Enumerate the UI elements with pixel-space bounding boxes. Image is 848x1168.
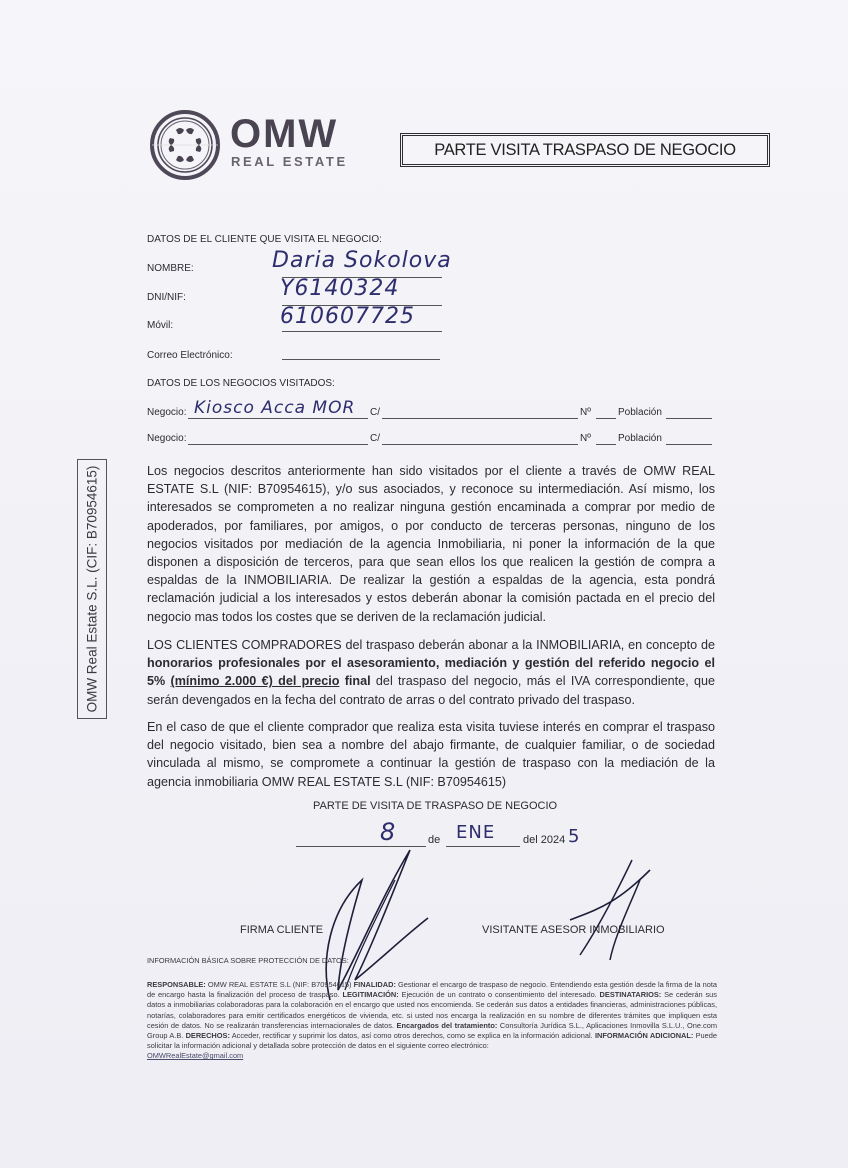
company-logo: OMW REAL ESTATE — [150, 110, 360, 180]
year-suffix-field[interactable]: 5 — [568, 826, 580, 847]
business-1-town-field[interactable] — [666, 418, 712, 419]
business-2-street-field[interactable] — [382, 444, 578, 445]
business-1-name-field[interactable]: Kiosco Acca MOR — [194, 398, 355, 418]
year-label: del 2024 — [523, 834, 565, 846]
logo-subtitle: REAL ESTATE — [231, 154, 348, 169]
business-2-number-label: Nº — [580, 433, 591, 444]
derechos-text: Acceder, rectificar y suprimir los datos… — [230, 1031, 595, 1040]
encargados-label: Encargados del tratamiento: — [397, 1021, 498, 1030]
business-2-label: Negocio: — [147, 433, 186, 444]
destinatarios-label: DESTINATARIOS: — [600, 990, 662, 999]
document-page: OMW REAL ESTATE PARTE VISITA TRASPASO DE… — [0, 0, 848, 1168]
business-1-label: Negocio: — [147, 407, 186, 418]
logo-wordmark: OMW — [230, 112, 338, 156]
business-1-name-underline — [188, 418, 368, 419]
clause-continuation: En el caso de que el cliente comprador q… — [147, 718, 715, 791]
clause-fees: LOS CLIENTES COMPRADORES del traspaso de… — [147, 636, 715, 709]
business-1-number-label: Nº — [580, 407, 591, 418]
client-section-title: DATOS DE EL CLIENTE QUE VISITA EL NEGOCI… — [147, 234, 382, 245]
business-2-number-field[interactable] — [596, 444, 616, 445]
email-underline — [282, 359, 440, 360]
side-company-text: OMW Real Estate S.L. (CIF: B70954615) — [85, 466, 100, 713]
email-label: Correo Electrónico: — [147, 350, 233, 361]
form-title: PARTE VISITA TRASPASO DE NEGOCIO — [400, 133, 770, 167]
dni-label: DNI/NIF: — [147, 292, 186, 303]
month-field[interactable]: ENE — [456, 822, 495, 843]
business-1-town-label: Población — [618, 407, 662, 418]
legitimacion-text: Ejecución de un contrato o consentimient… — [399, 990, 600, 999]
logo-emblem-icon — [150, 110, 220, 180]
business-1-street-label: C/ — [370, 407, 380, 418]
agent-signature-icon[interactable] — [560, 855, 660, 965]
contact-email-link[interactable]: OMWRealEstate@gmail.com — [147, 1051, 243, 1060]
business-1-street-field[interactable] — [382, 418, 578, 419]
month-underline — [446, 846, 520, 847]
date-block-title: PARTE DE VISITA DE TRASPASO DE NEGOCIO — [313, 800, 557, 812]
mobile-label: Móvil: — [147, 320, 173, 331]
business-1-number-field[interactable] — [596, 418, 616, 419]
clause-fees-intro: LOS CLIENTES COMPRADORES del traspaso de… — [147, 638, 715, 652]
mobile-underline — [282, 331, 442, 332]
side-company-stamp: OMW Real Estate S.L. (CIF: B70954615) — [77, 459, 107, 719]
legitimacion-label: LEGITIMACIÓN: — [342, 990, 398, 999]
mobile-field[interactable]: 610607725 — [280, 304, 415, 329]
dni-field[interactable]: Y6140324 — [280, 276, 399, 301]
business-2-town-field[interactable] — [666, 444, 712, 445]
name-label: NOMBRE: — [147, 263, 194, 274]
business-2-town-label: Población — [618, 433, 662, 444]
clause-intermediation: Los negocios descritos anteriormente han… — [147, 462, 715, 626]
name-field[interactable]: Daria Sokolova — [272, 248, 452, 273]
responsable-text: OMW REAL ESTATE S.L (NIF: B70954615) — [206, 980, 354, 989]
data-protection-heading: INFORMACIÓN BÁSICA SOBRE PROTECCIÓN DE D… — [147, 956, 349, 965]
responsable-label: RESPONSABLE: — [147, 980, 206, 989]
business-2-street-label: C/ — [370, 433, 380, 444]
finalidad-label: FINALIDAD: — [354, 980, 396, 989]
derechos-label: DERECHOS: — [186, 1031, 230, 1040]
data-protection-text: RESPONSABLE: OMW REAL ESTATE S.L (NIF: B… — [147, 980, 717, 1062]
business-2-name-field[interactable] — [188, 444, 368, 445]
adicional-label: INFORMACIÓN ADICIONAL: — [595, 1031, 693, 1040]
clause-fees-final: final — [339, 674, 370, 688]
clause-fees-minimum: (mínimo 2.000 €) del precio — [171, 674, 340, 688]
business-section-title: DATOS DE LOS NEGOCIOS VISITADOS: — [147, 378, 335, 389]
